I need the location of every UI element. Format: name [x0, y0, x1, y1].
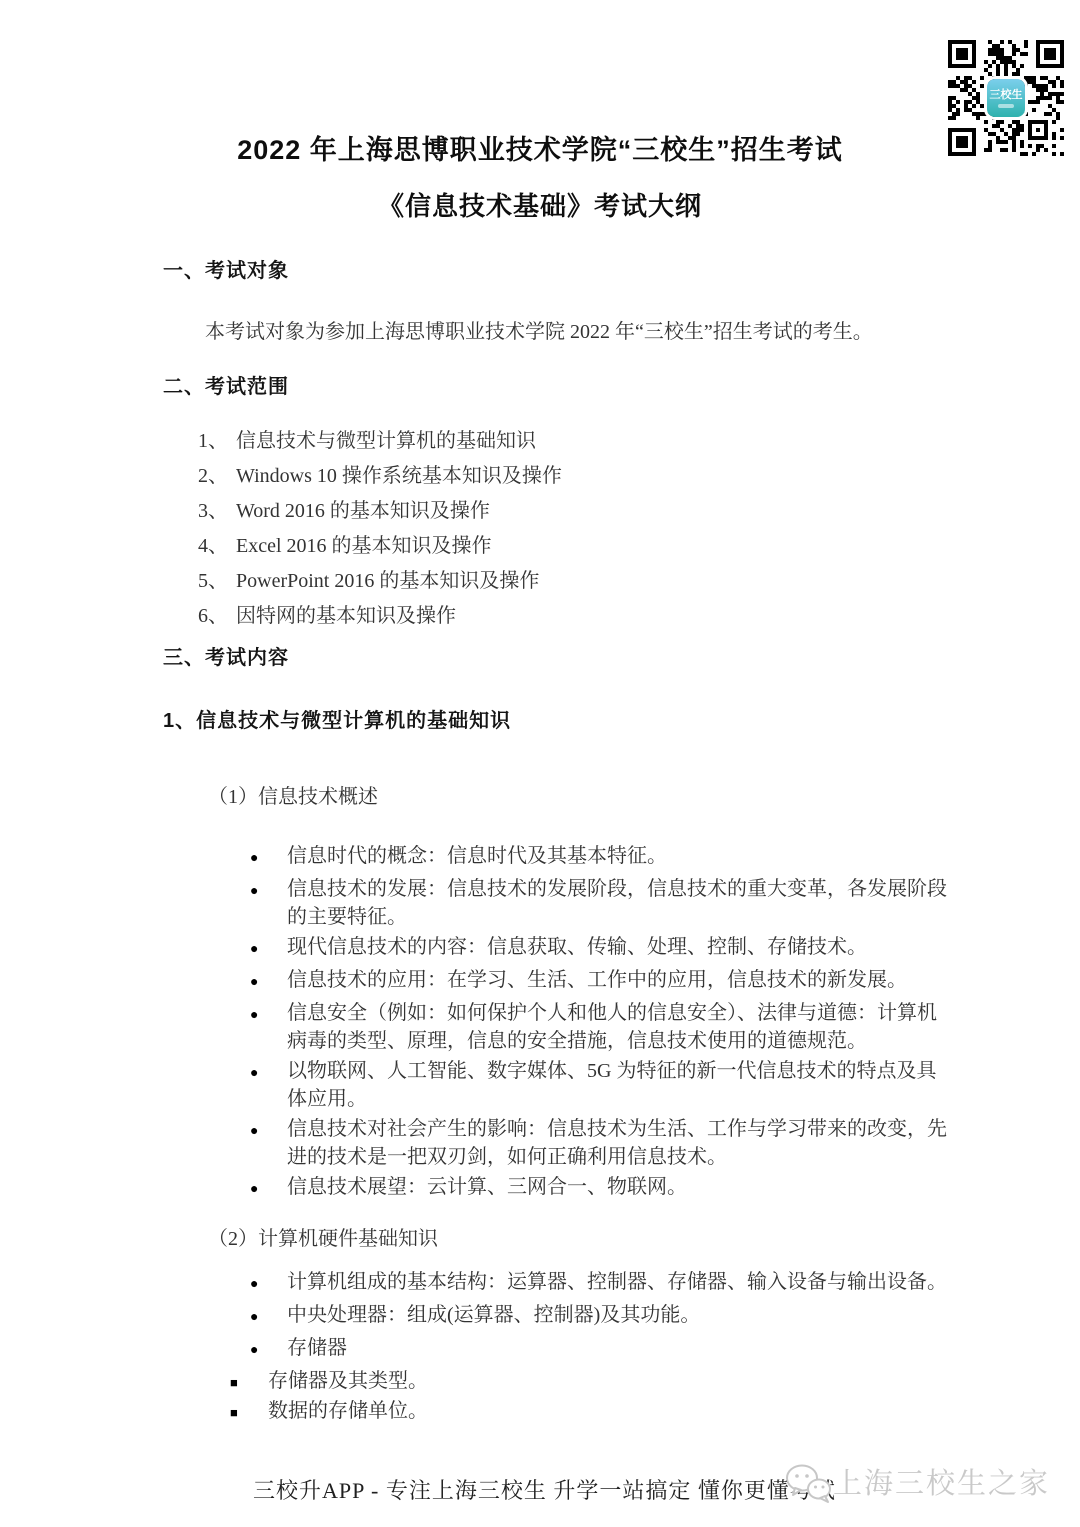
item-text: Excel 2016 的基本知识及操作	[236, 533, 492, 559]
exam-scope-item: 5、 PowerPoint 2016 的基本知识及操作	[198, 568, 950, 594]
bullet-text: 信息技术展望：云计算、三网合一、物联网。	[287, 1173, 949, 1204]
exam-scope-list: 1、 信息技术与微型计算机的基础知识 2、 Windows 10 操作系统基本知…	[198, 428, 950, 629]
item-text: Windows 10 操作系统基本知识及操作	[236, 463, 562, 489]
document-body: 一、考试对象 本考试对象为参加上海思博职业技术学院 2022 年“三校生”招生考…	[0, 258, 1080, 1427]
part1-bullet-list: 信息时代的概念：信息时代及其基本特征。 信息技术的发展：信息技术的发展阶段，信息…	[163, 842, 950, 1204]
bullet-text: 信息时代的概念：信息时代及其基本特征。	[287, 842, 949, 873]
bullet-text: 信息技术对社会产生的影响：信息技术为生活、工作与学习带来的改变，先进的技术是一把…	[287, 1115, 949, 1171]
item-text: Word 2016 的基本知识及操作	[236, 498, 490, 524]
list-item: 计算机组成的基本结构：运算器、控制器、存储器、输入设备与输出设备。	[250, 1268, 950, 1299]
section1-paragraph: 本考试对象为参加上海思博职业技术学院 2022 年“三校生”招生考试的考生。	[205, 318, 950, 346]
exam-scope-item: 6、 因特网的基本知识及操作	[198, 603, 950, 629]
exam-scope-item: 3、 Word 2016 的基本知识及操作	[198, 498, 950, 524]
part1-heading: （1）信息技术概述	[208, 784, 950, 810]
list-item: 现代信息技术的内容：信息获取、传输、处理、控制、存储技术。	[250, 933, 950, 964]
subsection1-heading: 1、信息技术与微型计算机的基础知识	[163, 708, 950, 734]
watermark-text: 上海三校生之家	[833, 1462, 1050, 1506]
list-item: 信息技术对社会产生的影响：信息技术为生活、工作与学习带来的改变，先进的技术是一把…	[250, 1115, 950, 1171]
document-title-line1: 2022 年上海思博职业技术学院“三校生”招生考试	[0, 0, 1080, 168]
item-number: 5、	[198, 568, 228, 594]
bullet-icon	[250, 1173, 287, 1204]
bullet-text: 存储器	[287, 1334, 949, 1365]
part2-heading: （2）计算机硬件基础知识	[208, 1226, 950, 1252]
sub-bullet-text: 数据的存储单位。	[268, 1397, 428, 1427]
item-number: 6、	[198, 603, 228, 629]
sub-list-item: 存储器及其类型。	[230, 1367, 950, 1397]
bullet-icon	[250, 1057, 287, 1113]
bullet-label: 存储器	[287, 1337, 347, 1359]
item-number: 4、	[198, 533, 228, 559]
section3-heading: 三、考试内容	[163, 645, 950, 671]
bullet-icon	[250, 966, 287, 997]
exam-scope-item: 1、 信息技术与微型计算机的基础知识	[198, 428, 950, 454]
bullet-text: 中央处理器：组成(运算器、控制器)及其功能。	[287, 1301, 949, 1332]
bullet-text: 信息安全（例如：如何保护个人和他人的信息安全）、法律与道德：计算机病毒的类型、原…	[287, 999, 949, 1055]
item-number: 2、	[198, 463, 228, 489]
square-bullet-icon	[230, 1367, 268, 1397]
document-page: 三校生 2022 年上海思博职业技术学院“三校生”招生考试 《信息技术基础》考试…	[0, 0, 1080, 1527]
bullet-icon	[250, 1334, 287, 1365]
bullet-text: 计算机组成的基本结构：运算器、控制器、存储器、输入设备与输出设备。	[287, 1268, 949, 1299]
list-item: 中央处理器：组成(运算器、控制器)及其功能。	[250, 1301, 950, 1332]
bullet-text: 现代信息技术的内容：信息获取、传输、处理、控制、存储技术。	[287, 933, 949, 964]
list-item: 信息安全（例如：如何保护个人和他人的信息安全）、法律与道德：计算机病毒的类型、原…	[250, 999, 950, 1055]
storage-sub-list: 存储器及其类型。 数据的存储单位。	[163, 1367, 950, 1427]
square-bullet-icon	[230, 1397, 268, 1427]
footer-watermark: 上海三校生之家	[783, 1462, 1050, 1506]
bullet-icon	[250, 1115, 287, 1171]
list-item: 存储器	[250, 1334, 950, 1365]
bullet-text: 信息技术的应用：在学习、生活、工作中的应用，信息技术的新发展。	[287, 966, 949, 997]
bullet-icon	[250, 875, 287, 931]
item-number: 1、	[198, 428, 228, 454]
item-text: 因特网的基本知识及操作	[236, 603, 456, 629]
list-item: 信息技术展望：云计算、三网合一、物联网。	[250, 1173, 950, 1204]
item-text: 信息技术与微型计算机的基础知识	[236, 428, 536, 454]
qr-center-logo: 三校生	[987, 79, 1025, 117]
bullet-icon	[250, 1301, 287, 1332]
section1-heading: 一、考试对象	[163, 258, 950, 284]
qr-logo-label: 三校生	[990, 89, 1023, 101]
sub-bullet-text: 存储器及其类型。	[268, 1367, 428, 1397]
bullet-icon	[250, 842, 287, 873]
list-item: 以物联网、人工智能、数字媒体、5G 为特征的新一代信息技术的特点及具体应用。	[250, 1057, 950, 1113]
bullet-text: 信息技术的发展：信息技术的发展阶段，信息技术的重大变革，各发展阶段的主要特征。	[287, 875, 949, 931]
bullet-icon	[250, 933, 287, 964]
qr-logo-pill	[998, 104, 1014, 108]
section2-heading: 二、考试范围	[163, 374, 950, 400]
list-item: 信息时代的概念：信息时代及其基本特征。	[250, 842, 950, 873]
document-title-line2: 《信息技术基础》考试大纲	[0, 188, 1080, 224]
item-text: PowerPoint 2016 的基本知识及操作	[236, 568, 539, 594]
sub-list-item: 数据的存储单位。	[230, 1397, 950, 1427]
bullet-icon	[250, 999, 287, 1055]
list-item: 信息技术的应用：在学习、生活、工作中的应用，信息技术的新发展。	[250, 966, 950, 997]
bullet-text: 以物联网、人工智能、数字媒体、5G 为特征的新一代信息技术的特点及具体应用。	[287, 1057, 949, 1113]
exam-scope-item: 2、 Windows 10 操作系统基本知识及操作	[198, 463, 950, 489]
list-item: 信息技术的发展：信息技术的发展阶段，信息技术的重大变革，各发展阶段的主要特征。	[250, 875, 950, 931]
part2-bullet-list: 计算机组成的基本结构：运算器、控制器、存储器、输入设备与输出设备。 中央处理器：…	[163, 1268, 950, 1365]
exam-scope-item: 4、 Excel 2016 的基本知识及操作	[198, 533, 950, 559]
item-number: 3、	[198, 498, 228, 524]
wechat-icon	[783, 1462, 833, 1506]
qr-code: 三校生	[948, 40, 1064, 156]
bullet-icon	[250, 1268, 287, 1299]
footer-app-line: 三校升APP - 专注上海三校生 升学一站搞定 懂你更懂考试	[253, 1476, 836, 1506]
